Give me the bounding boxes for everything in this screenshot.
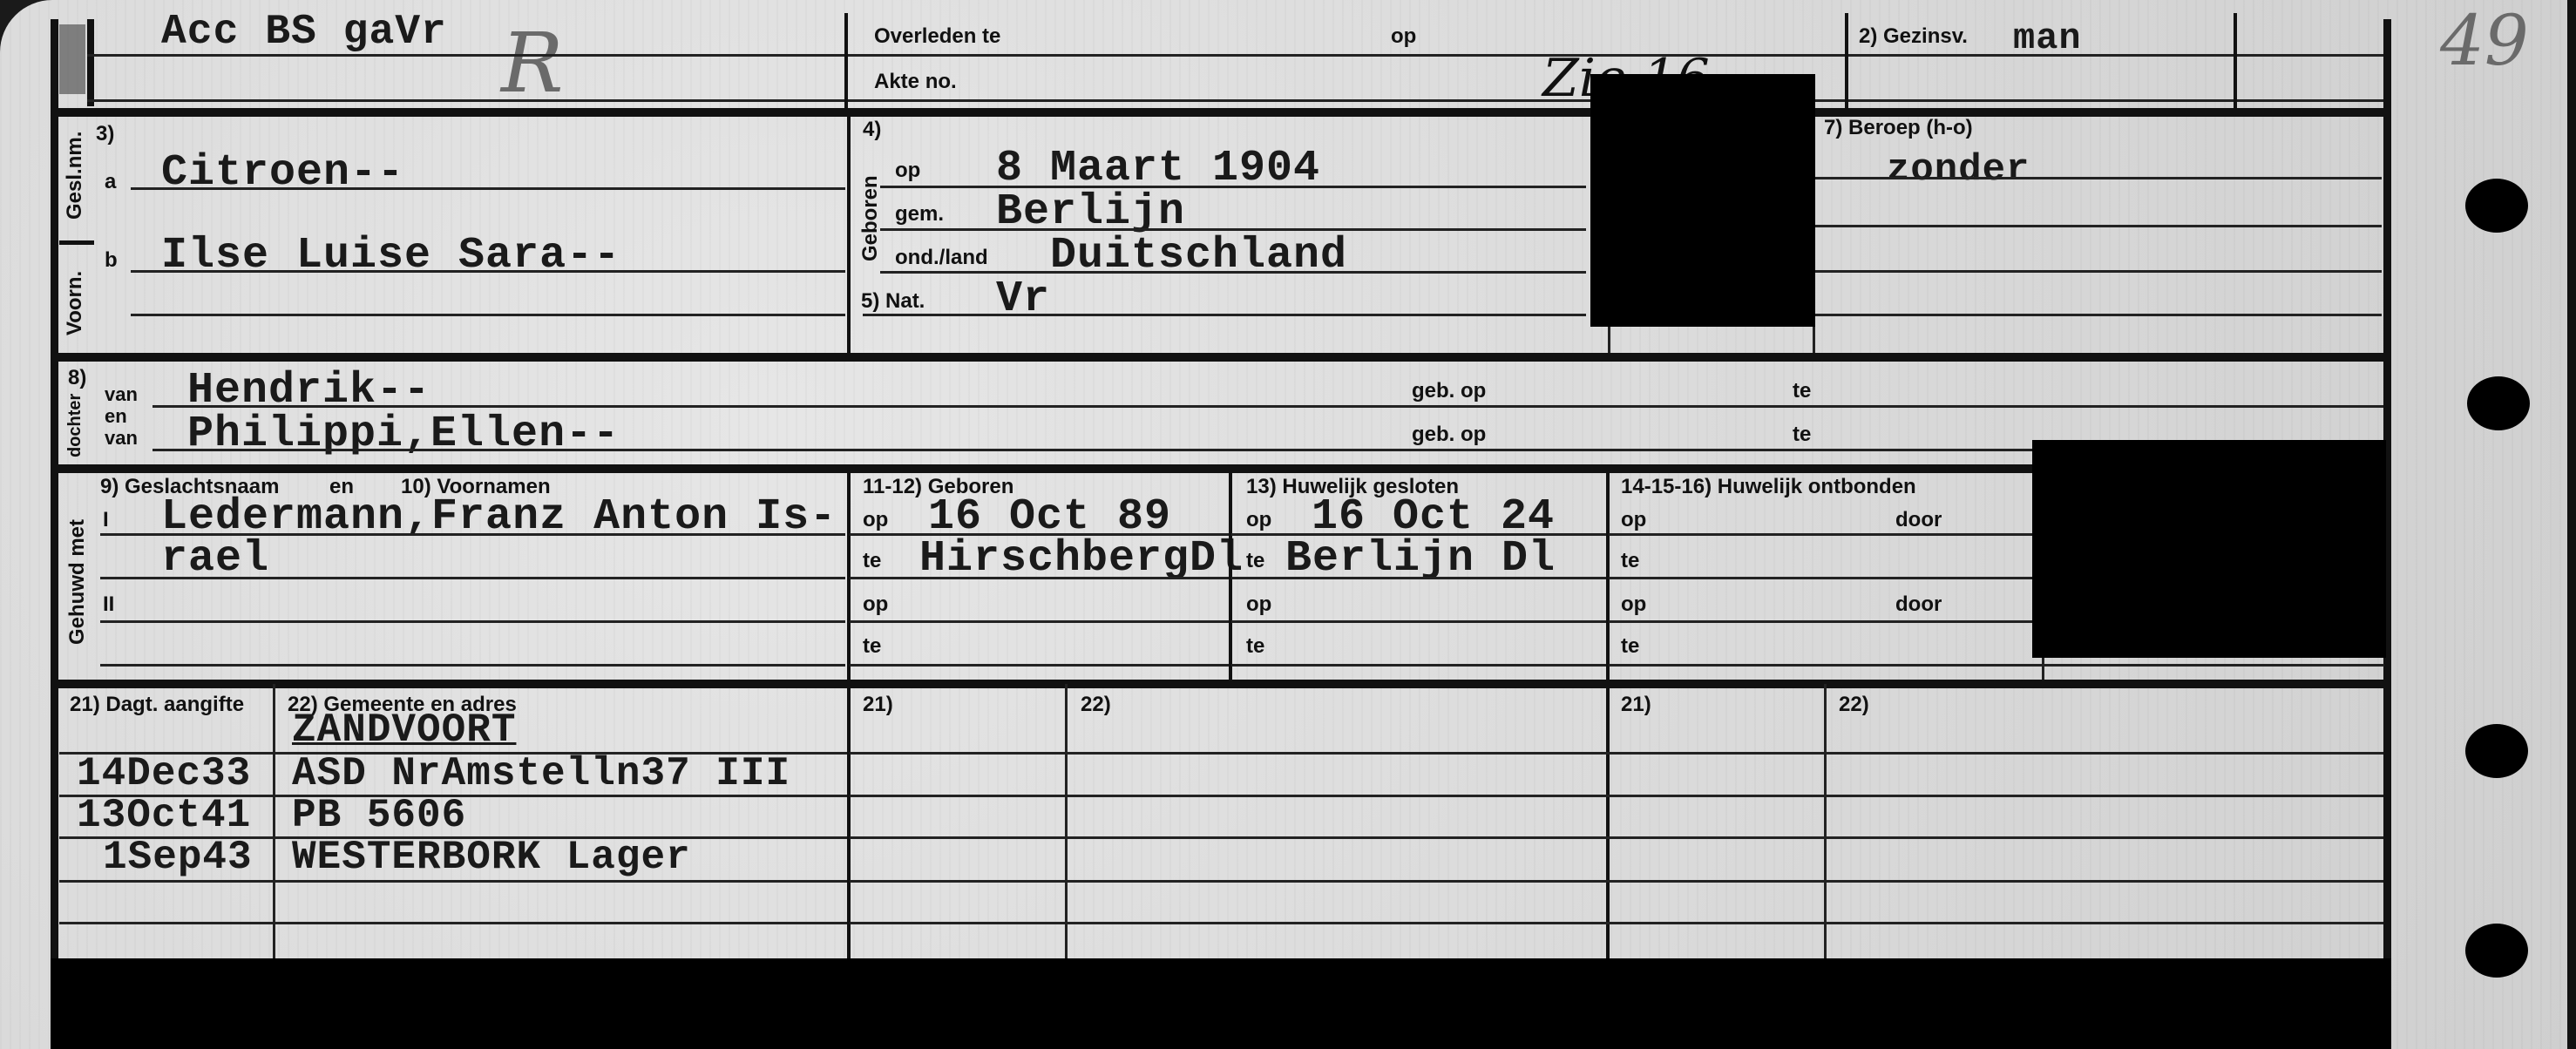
address-row-1-date: 14Dec33 [77,751,251,796]
header-divider-1 [844,13,848,113]
roman-1-label: I [103,508,109,532]
beroep-label: 7) Beroep (h-o) [1824,116,1973,140]
registration-code: Acc BS gaVr [161,9,447,56]
spouse-line-3 [100,620,845,623]
overleden-op-label: op [1391,24,1416,49]
mother-te-label: te [1793,423,1811,447]
address-divider-2 [1065,684,1068,958]
mother-geb-op-label: geb. op [1412,423,1486,447]
spouse-line-4 [100,664,845,667]
address-row-2-address: PB 5606 [292,793,466,838]
marriage-op-label: op [1246,508,1271,532]
occupation-line-1 [1815,177,2382,179]
address-right-line-4 [850,880,2383,883]
punch-hole-1 [2465,179,2528,233]
father-te-label: te [1793,379,1811,403]
gesl-nm-vertical-label: Gesl.nm. [63,132,87,220]
spouse-birth-line-3 [850,620,1229,623]
marriage-te-label: te [1246,549,1264,573]
marriage-place-line [1231,577,1606,579]
surname-value: Citroen-- [161,148,404,198]
dissolved-te-label: te [1621,549,1639,573]
dissolved-op-label: op [1621,508,1646,532]
birth-op-label: op [895,159,920,183]
address-row-3-address: WESTERBORK Lager [292,835,691,880]
redaction-band-bottom [51,958,2391,1049]
spouse-birth-place-line [850,577,1229,579]
nationality-line [863,314,1586,316]
gem-label: gem. [895,202,944,227]
dissolved-header: 14-15-16) Huwelijk ontbonden [1621,475,1916,499]
given-names-line-2 [131,314,845,316]
marriage-op2-label: op [1246,592,1271,617]
dochter-vertical-label: dochter [65,394,85,457]
address-right-line-2 [850,795,2383,797]
voorn-vertical-label: Voorn. [63,271,87,335]
marriage-line-3 [1231,620,1606,623]
header-divider-2 [1845,13,1848,113]
col21-label-a: 21) [863,693,893,717]
punch-hole-4 [2465,924,2528,978]
occupation-line-2 [1815,225,2382,227]
names-birth-divider [847,113,851,355]
father-geb-op-label: geb. op [1412,379,1486,403]
punch-hole-2 [2467,376,2530,430]
mother-value: Philippi,Ellen-- [187,409,620,459]
section-3-heavy-rule [51,464,2037,473]
birth-country-line [880,271,1586,274]
van2-label: van [105,427,138,450]
header-rule-2 [87,99,2383,102]
binding-smudge [59,24,85,94]
occupation-left-divider [1813,327,1815,355]
spouse-birth-op-label: op [863,508,888,532]
punch-hole-3 [2465,724,2528,778]
gesl-voorn-separator [59,240,94,245]
redaction-block-photo [1590,74,1815,327]
ond-land-label: ond./land [895,246,988,270]
scan-right-edge [2567,0,2576,1049]
marriage-line-4 [1231,664,1606,667]
archive-card: Acc BS gaVr R Overleden te op Akte no. Z… [0,0,2576,1049]
col22-label-a: 22) [1081,693,1111,717]
geboren-vertical-label: Geboren [858,175,883,261]
address-line-4 [59,880,848,883]
occupation-value: zonder [1887,148,2030,192]
section-2-heavy-rule [51,353,2386,362]
address-right-line-3 [850,836,2383,839]
roman-2-label: II [103,592,114,617]
address-row-0-address: ZANDVOORT [292,707,516,753]
date-header: 21) Dagt. aangifte [70,693,244,717]
col21-label-b: 21) [1621,693,1651,717]
spouse-birth-op2-label: op [863,592,888,617]
a-label: a [105,170,116,194]
spouse-line-2 [100,577,845,579]
akte-no-label: Akte no. [874,70,957,94]
given-names-value: Ilse Luise Sara-- [161,231,620,281]
address-right-line-5 [850,922,2383,924]
section-4-label: 4) [863,118,881,142]
address-right-line-1 [850,752,2383,755]
address-row-3-date: 1Sep43 [103,835,253,880]
occupation-line-3 [1815,270,2382,273]
b-label: b [105,248,118,273]
surname-line [131,187,845,190]
nationality-value: Vr [996,274,1050,324]
en-label: en [105,405,127,428]
header-heavy-rule [51,108,2386,117]
father-line [153,405,2383,408]
header-inner-border [87,19,94,106]
address-line-5 [59,922,848,924]
section-8-label: 8) [68,366,86,390]
card-number-handwritten: 49 [2440,0,2529,81]
dissolved-op2-label: op [1621,592,1646,617]
section-4-heavy-rule [51,680,2386,688]
gezinsv-label: 2) Gezinsv. [1859,24,1968,49]
occupation-line-4 [1815,314,2382,316]
spouse-birth-te-label: te [863,549,881,573]
given-names-line [131,270,845,273]
header-divider-3 [2234,13,2237,113]
handwritten-r-mark: R [501,16,564,112]
dissolved-line-4 [1609,664,2384,667]
nat-label: 5) Nat. [861,289,925,314]
address-divider-date [273,684,275,958]
spouse-birth-te2-label: te [863,634,881,659]
dissolved-door-label: door [1895,508,1942,532]
gezinsv-value: man [2013,17,2082,59]
father-value: Hendrik-- [187,366,430,416]
gehuwd-met-vertical-label: Gehuwd met [65,519,90,645]
birth-right-divider [1608,327,1610,355]
birth-date-line [880,186,1586,188]
overleden-te-label: Overleden te [874,24,1000,49]
van-label: van [105,383,138,406]
redaction-block-right [2032,440,2386,658]
section-3-label: 3) [96,122,114,146]
dissolved-door2-label: door [1895,592,1942,617]
address-divider-4 [1824,684,1827,958]
address-divider-1 [847,684,851,958]
marriage-te2-label: te [1246,634,1264,659]
address-row-1-address: ASD NrAmstelln37 III [292,751,790,796]
card-left-border [51,19,58,960]
col22-label-b: 22) [1839,693,1869,717]
address-row-2-date: 13Oct41 [77,793,251,838]
dissolved-te2-label: te [1621,634,1639,659]
spouse-birth-line-4 [850,664,1229,667]
address-divider-3 [1606,684,1610,958]
